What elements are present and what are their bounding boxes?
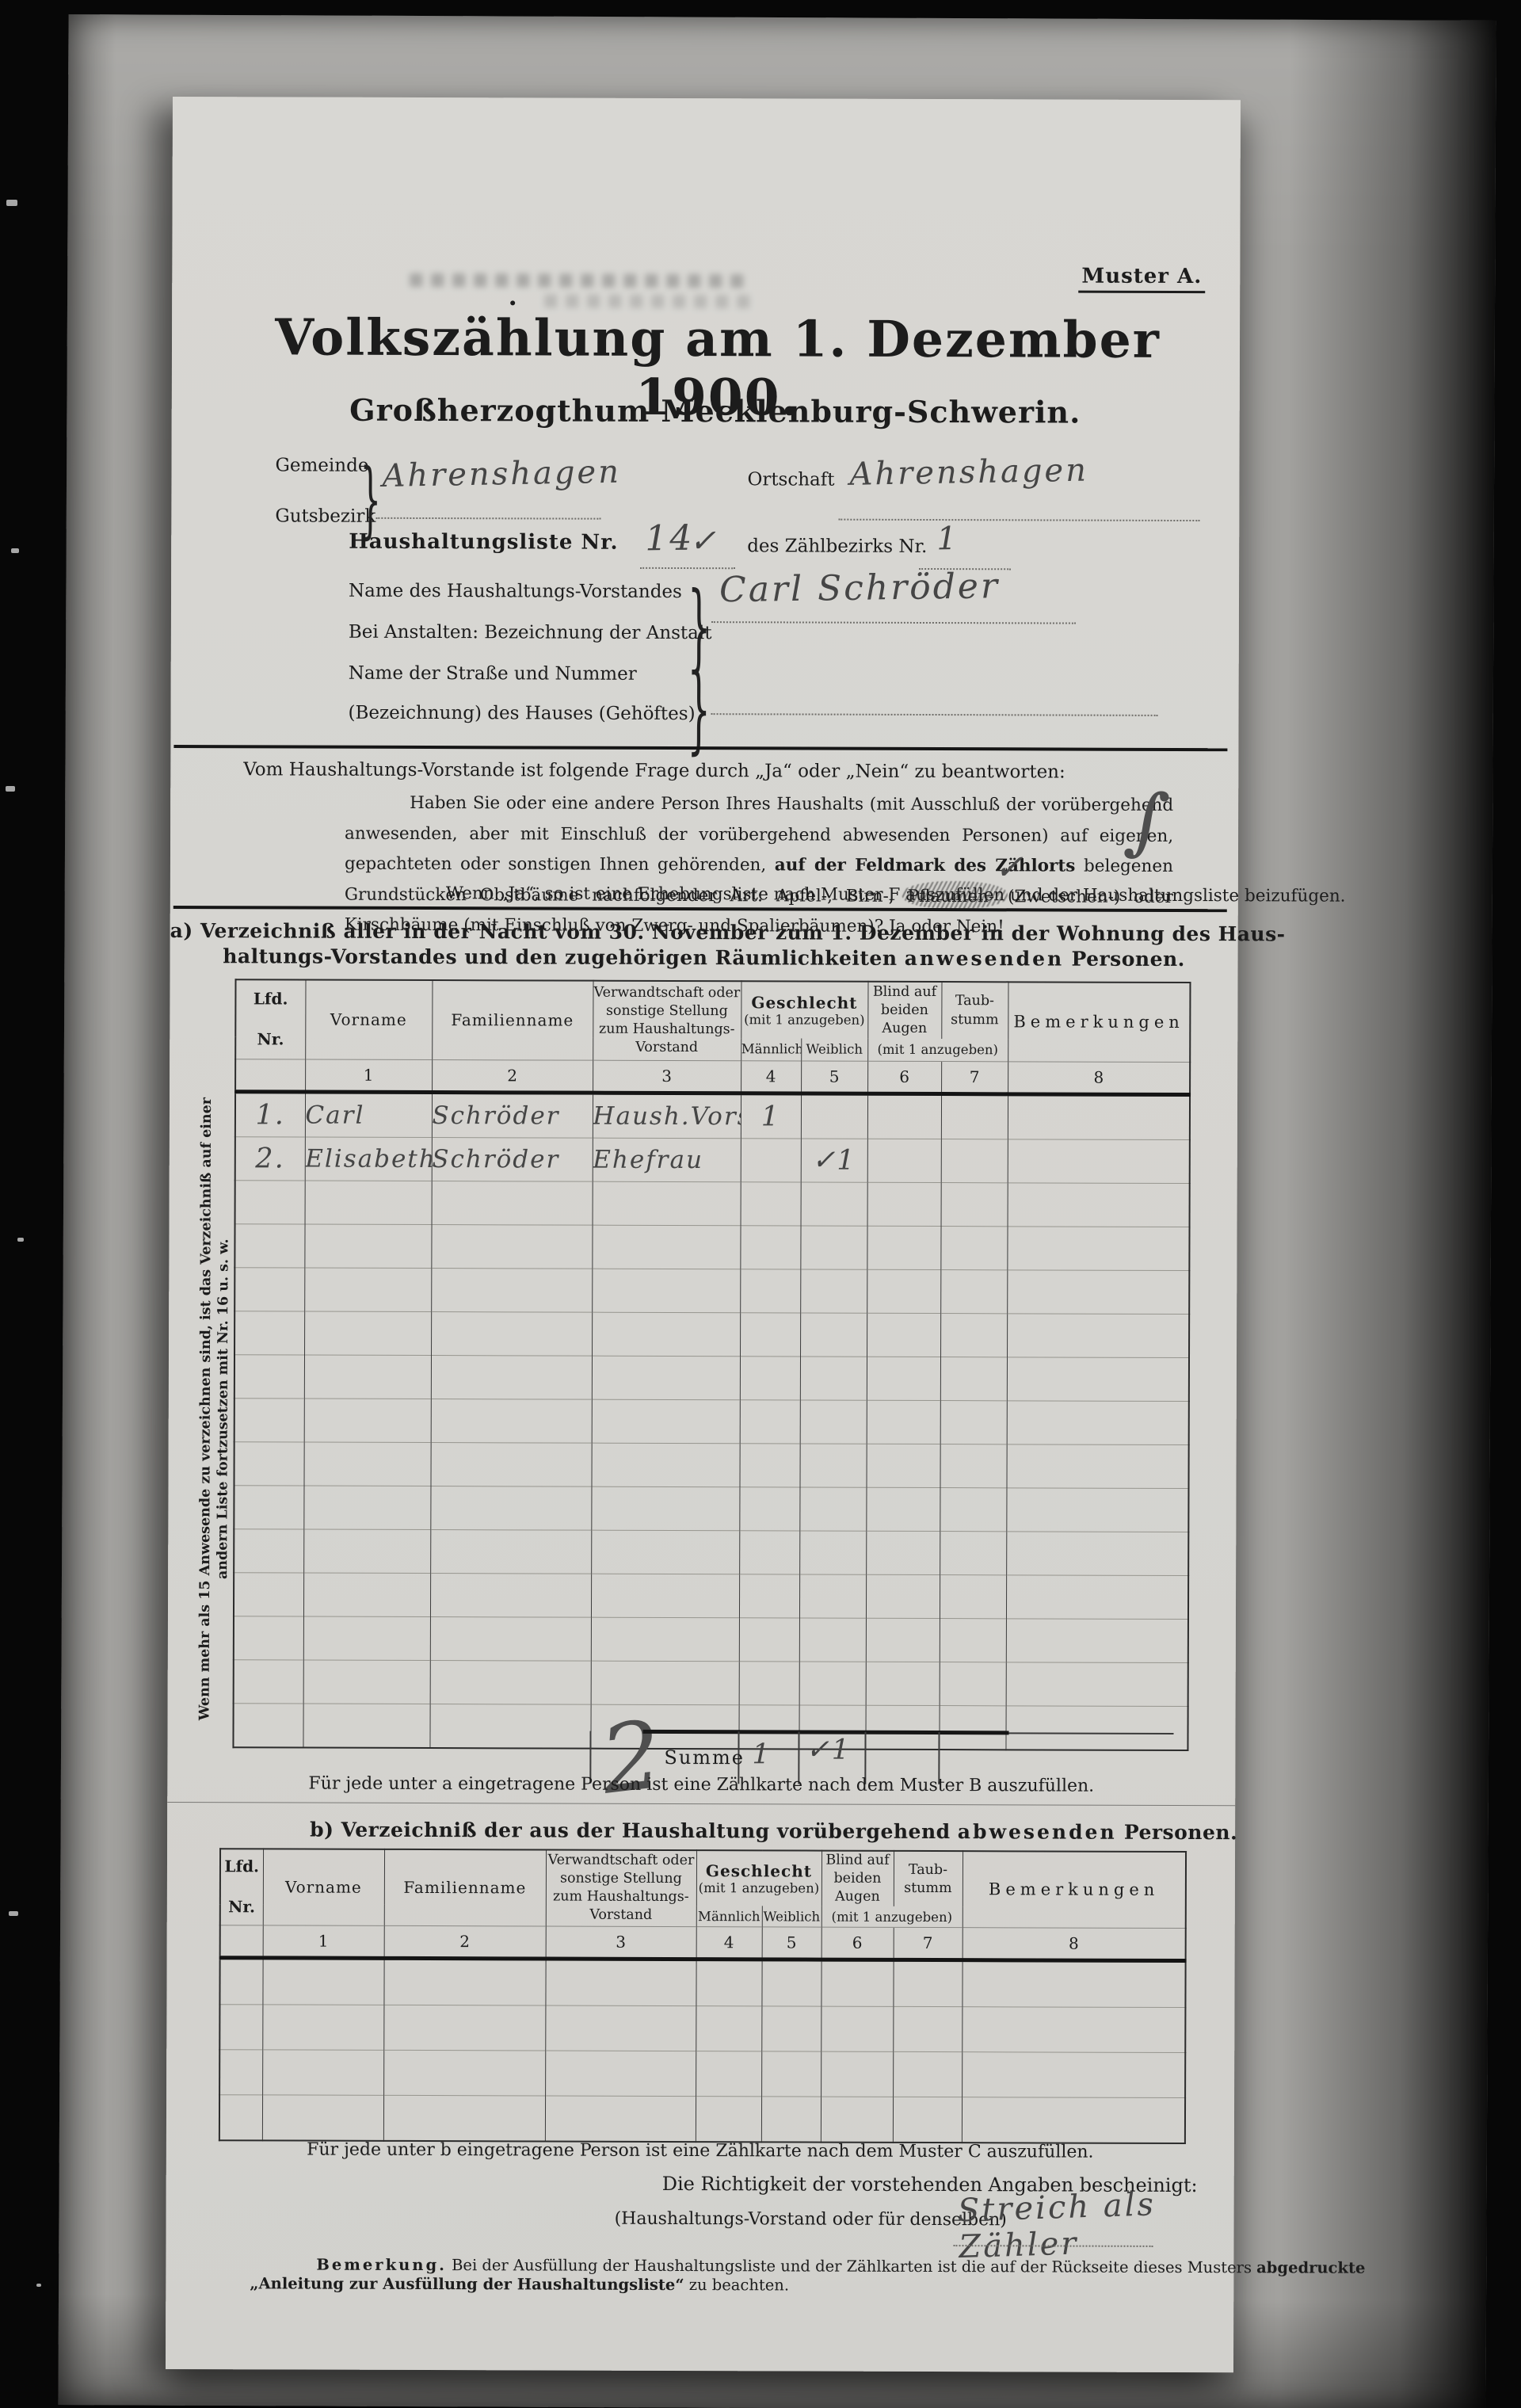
- cell-vorname: Elisabeth: [305, 1137, 432, 1181]
- cell-vorname: [303, 1704, 429, 1748]
- colnum: 4: [696, 1926, 762, 1959]
- fill-line: [711, 621, 1076, 624]
- column-number-row: 1 2 3 4 5 6 7 8: [235, 1059, 1190, 1094]
- cell-w: [800, 1225, 867, 1269]
- wenn-text: Wenn „Ja“, so ist eine Erhebungsliste na…: [446, 883, 905, 905]
- cell-m: [740, 1225, 800, 1269]
- handwritten-entry: Elisabeth: [305, 1144, 432, 1173]
- cell-stellung: [545, 2051, 696, 2097]
- handwritten-entry: Carl: [305, 1101, 364, 1129]
- remark-text: zu beachten.: [684, 2276, 790, 2294]
- cell-stellung: [591, 1486, 739, 1531]
- cell-m: [741, 1138, 801, 1181]
- cell-nr: [219, 2094, 262, 2140]
- cell-familienname: [431, 1311, 592, 1356]
- header-geschlecht: Geschlecht(mit 1 anzugeben): [741, 981, 867, 1039]
- note-muster-b: Für jede unter a eingetragene Person ist…: [167, 1773, 1235, 1796]
- cell-taub: [941, 1182, 1008, 1226]
- zaehlbezirk-label: des Zählbezirks Nr.: [747, 536, 927, 557]
- table-row: [219, 1957, 1185, 2007]
- cell-bemerkung: [1005, 1705, 1187, 1750]
- cell-vorname: [304, 1311, 431, 1356]
- cell-bemerkung: [1008, 1093, 1190, 1139]
- summe-maennlich-handwriting: 1: [752, 1738, 772, 1770]
- cell-stellung: [591, 1617, 739, 1662]
- cell-familienname: [430, 1486, 591, 1530]
- remark-bold: „Anleitung zur Ausfüllung der Haushaltun…: [250, 2274, 684, 2294]
- cell-nr: [234, 1528, 303, 1572]
- film-speck: [36, 2284, 41, 2287]
- table-a-header: Lfd.Nr. Vorname Familienname Verwandtsch…: [235, 979, 1190, 1094]
- cell-vorname: [303, 1573, 430, 1617]
- header-familienname: Familienname: [432, 980, 593, 1060]
- signature-label: (Haushaltungs-Vorstand oder für denselbe…: [615, 2209, 1007, 2231]
- cell-nr: [234, 1485, 303, 1528]
- cell-vorname: [304, 1224, 431, 1269]
- table-row: [219, 2004, 1185, 2052]
- cell-nr: [234, 1616, 303, 1659]
- cell-bemerkung: [1006, 1574, 1188, 1619]
- colnum: 8: [1008, 1061, 1190, 1094]
- table-row: [219, 2049, 1185, 2097]
- cell-bemerkung: [1006, 1662, 1188, 1706]
- cell-bemerkung: [1006, 1487, 1188, 1532]
- header-blind: Blind auf beiden Augen: [821, 1851, 894, 1907]
- cell-w: [799, 1530, 866, 1574]
- fill-line: [711, 713, 1158, 716]
- film-speck: [9, 1911, 18, 1916]
- cell-blind: [821, 2097, 893, 2143]
- scribbled-word: auszufüllen: [905, 885, 1004, 905]
- colnum: 3: [593, 1060, 741, 1093]
- colnum: 2: [384, 1925, 546, 1959]
- fill-line: [640, 567, 735, 569]
- table-row: [234, 1223, 1189, 1270]
- handwritten-entry: 1.: [255, 1099, 285, 1131]
- cell-nr: [234, 1659, 303, 1703]
- cell-nr: 2.: [235, 1136, 305, 1180]
- cell-blind: [867, 1269, 940, 1313]
- cell-w: [799, 1661, 866, 1704]
- remark-label: Bemerkung.: [316, 2256, 447, 2275]
- cell-familienname: [430, 1529, 591, 1574]
- cell-bemerkung: [1008, 1182, 1190, 1227]
- cell-bemerkung: [1007, 1400, 1189, 1444]
- cell-taub: [940, 1662, 1006, 1705]
- cell-taub: [893, 2097, 962, 2143]
- cell-vorname: [262, 1958, 383, 2005]
- cell-familienname: [383, 1958, 545, 2005]
- table-row: [234, 1572, 1188, 1619]
- cell-taub: [940, 1618, 1006, 1662]
- cell-vorname: [262, 2095, 383, 2141]
- header-maennlich: Männlich: [741, 1038, 801, 1060]
- cell-blind: [867, 1357, 940, 1400]
- cell-nr: [219, 2004, 262, 2049]
- film-speck: [6, 200, 17, 206]
- cell-w: [800, 1399, 867, 1443]
- ortschaft-label: Ortschaft: [747, 469, 834, 490]
- colnum: 8: [963, 1927, 1186, 1960]
- header-stellung: Verwandtschaft oder sonstige Stellung zu…: [593, 981, 741, 1061]
- cell-nr: [219, 1957, 262, 2004]
- table-row: 1.CarlSchröderHaush.Vorst.1: [235, 1091, 1190, 1139]
- cell-w: [799, 1617, 866, 1661]
- cell-w: [800, 1312, 867, 1356]
- cell-nr: [234, 1267, 304, 1311]
- colnum: 7: [941, 1061, 1008, 1093]
- cell-familienname: [383, 2005, 545, 2051]
- cell-stellung: [591, 1661, 739, 1705]
- colnum: 6: [821, 1927, 894, 1960]
- film-speck: [6, 786, 15, 792]
- zaehlbezirk-value-handwriting: 1: [936, 521, 959, 557]
- cell-nr: [234, 1572, 303, 1616]
- colnum: 6: [867, 1061, 941, 1093]
- cell-m: [739, 1661, 799, 1704]
- wenn-ja-note: Wenn „Ja“, so ist eine Erhebungsliste na…: [446, 883, 1346, 906]
- colnum: 7: [894, 1927, 963, 1960]
- cell-bemerkung: [1007, 1269, 1189, 1314]
- cell-stellung: [591, 1530, 739, 1574]
- cell-stellung: [592, 1269, 740, 1313]
- cell-vorname: [303, 1442, 430, 1486]
- cell-m: [739, 1574, 799, 1617]
- cell-w: [799, 1443, 866, 1486]
- cell-m: [739, 1530, 799, 1574]
- header-blind: Blind auf beiden Augen: [867, 982, 941, 1039]
- cell-w: [800, 1356, 867, 1399]
- header-taubstumm: Taub-stumm: [894, 1851, 963, 1907]
- heading-text: haltungs-Vorstandes und den zugehörigen …: [223, 945, 905, 970]
- header-blind-taub-sub: (mit 1 anzugeben): [867, 1039, 1008, 1062]
- handwritten-entry: ✓1: [812, 1144, 856, 1176]
- cell-taub: [941, 1093, 1008, 1139]
- cell-taub: [940, 1574, 1006, 1618]
- summe-weiblich-handwriting: ✓1: [806, 1734, 852, 1766]
- table-absent-persons: Lfd.Nr. Vorname Familienname Verwandtsch…: [219, 1848, 1187, 2144]
- cell-familienname: [383, 2095, 545, 2141]
- cell-m: [696, 2005, 761, 2051]
- cell-stellung: [593, 1181, 741, 1226]
- remark-line2: „Anleitung zur Ausfüllung der Haushaltun…: [250, 2274, 789, 2294]
- margin-note-line1: Wenn mehr als 15 Anwesende zu verzeichne…: [196, 1076, 215, 1742]
- cell-nr: [234, 1223, 304, 1267]
- handwritten-entry: Haush.Vorst.: [593, 1101, 741, 1131]
- cell-stellung: Ehefrau: [593, 1138, 741, 1182]
- cell-w: ✓1: [801, 1138, 867, 1181]
- header-lfd-nr: Lfd.Nr.: [235, 979, 305, 1059]
- cell-m: [740, 1312, 800, 1356]
- cell-taub: [940, 1313, 1007, 1357]
- cell-nr: [234, 1398, 304, 1441]
- margin-note-vertical: Wenn mehr als 15 Anwesende zu verzeichne…: [196, 1076, 233, 1742]
- table-row: [234, 1398, 1189, 1444]
- cell-blind: [867, 1400, 940, 1444]
- haushaltungsliste-value-handwriting: 14: [645, 518, 695, 559]
- cell-vorname: [303, 1529, 430, 1574]
- cell-vorname: [303, 1660, 430, 1704]
- heading-text: Personen.: [1117, 1821, 1238, 1844]
- heading-text: Personen.: [1064, 948, 1185, 971]
- cell-m: [696, 2051, 761, 2096]
- table-row: [234, 1659, 1188, 1706]
- cell-bemerkung: [962, 2006, 1185, 2052]
- cell-m: [739, 1617, 799, 1661]
- ink-bleed-through: [544, 294, 750, 308]
- cell-bemerkung: [1007, 1226, 1189, 1270]
- header-vorname: Vorname: [263, 1849, 384, 1925]
- cell-familienname: [383, 2050, 545, 2096]
- cell-taub: [893, 2051, 962, 2097]
- wenn-text: und der Haushaltungsliste beizufügen.: [1004, 885, 1345, 906]
- table-row: [234, 1267, 1189, 1314]
- haushaltungsliste-label: Haushaltungsliste Nr.: [349, 530, 618, 555]
- cell-nr: 1.: [235, 1091, 305, 1136]
- cell-m: 1: [741, 1093, 801, 1138]
- cell-bemerkung: [1007, 1444, 1189, 1488]
- table-row: [234, 1616, 1188, 1662]
- cell-blind: [866, 1487, 940, 1531]
- cell-bemerkung: [1006, 1618, 1188, 1662]
- cell-bemerkung: [1007, 1357, 1189, 1401]
- cell-blind: [821, 2006, 893, 2051]
- cell-familienname: [431, 1224, 592, 1269]
- table-row: [235, 1180, 1190, 1227]
- table-b-header: Lfd.Nr. Vorname Familienname Verwandtsch…: [220, 1849, 1186, 1960]
- section-a-heading-line1: a) Verzeichniß aller in der Nacht vom 30…: [170, 919, 1238, 945]
- cell-w: [800, 1269, 867, 1312]
- table-row: [234, 1485, 1188, 1532]
- cell-stellung: [545, 1959, 696, 2006]
- ink-bleed-through: [410, 273, 750, 288]
- column-number-row: 1 2 3 4 5 6 7 8: [220, 1925, 1186, 1960]
- remark-bold: abgedruckte: [1256, 2258, 1365, 2276]
- cell-blind: [866, 1618, 940, 1662]
- cell-w: [761, 2051, 821, 2097]
- cell-taub: [940, 1531, 1006, 1574]
- summe-label: Summe: [664, 1746, 745, 1769]
- cell-stellung: [545, 2096, 696, 2142]
- cell-stellung: [545, 2005, 696, 2051]
- cell-w: [801, 1181, 867, 1225]
- cell-taub: [940, 1400, 1007, 1444]
- signature-handwriting: Streich als Zähler: [957, 2184, 1235, 2265]
- colnum: 2: [432, 1059, 593, 1093]
- cell-nr: [234, 1354, 304, 1398]
- cell-w: [799, 1486, 866, 1530]
- cell-blind: [866, 1662, 940, 1705]
- cell-stellung: [591, 1443, 739, 1487]
- cell-nr: [234, 1441, 303, 1485]
- cell-taub: [939, 1705, 1005, 1750]
- cell-w: [799, 1574, 866, 1617]
- table-row: [233, 1703, 1187, 1750]
- section-a-heading-line2: haltungs-Vorstandes und den zugehörigen …: [170, 945, 1238, 971]
- cell-vorname: [304, 1268, 431, 1312]
- cell-vorname: [304, 1399, 431, 1443]
- cell-vorname: [305, 1181, 432, 1225]
- gemeinde-label: Gemeinde: [275, 455, 368, 475]
- remark-line1: Bemerkung. Bei der Ausfüllung der Hausha…: [316, 2256, 1365, 2277]
- census-form-paper: Muster A. Volkszählung am 1. Dezember 19…: [166, 97, 1241, 2372]
- header-vorname: Vorname: [305, 980, 432, 1060]
- cell-m: [740, 1399, 800, 1443]
- cell-familienname: [431, 1268, 592, 1312]
- table-row: [234, 1441, 1188, 1488]
- cell-taub: [940, 1487, 1006, 1531]
- cell-m: [696, 2096, 761, 2142]
- divider-thin: [167, 1802, 1235, 1806]
- cell-bemerkung: [1006, 1531, 1188, 1575]
- table-present-persons: Lfd.Nr. Vorname Familienname Verwandtsch…: [232, 979, 1191, 1750]
- colnum-blank: [235, 1059, 305, 1091]
- cell-taub: [940, 1226, 1007, 1269]
- cell-blind: [867, 1313, 940, 1357]
- colnum: 1: [263, 1925, 384, 1958]
- colnum: 3: [546, 1926, 696, 1960]
- cell-familienname: [430, 1442, 591, 1486]
- cell-blind: [867, 1093, 941, 1139]
- colnum: 5: [762, 1927, 821, 1960]
- handwritten-entry: 1: [761, 1101, 780, 1132]
- header-taubstumm: Taub-stumm: [941, 982, 1008, 1039]
- header-lfd-nr: Lfd.Nr.: [220, 1849, 263, 1925]
- table-a-body: 1.CarlSchröderHaush.Vorst.12.ElisabethSc…: [233, 1091, 1190, 1750]
- table-row: [234, 1528, 1188, 1575]
- check-mark: ✓: [689, 523, 719, 559]
- header-blind-taub-sub: (mit 1 anzugeben): [821, 1906, 963, 1928]
- cell-familienname: [431, 1399, 592, 1443]
- table-row: [234, 1311, 1189, 1357]
- ink-dot: [510, 300, 515, 305]
- cell-blind: [865, 1705, 939, 1750]
- cell-stellung: [592, 1356, 740, 1400]
- cell-familienname: Schröder: [432, 1137, 593, 1181]
- cell-m: [741, 1181, 801, 1225]
- section-b-heading: b) Verzeichniß der aus der Haushaltung v…: [310, 1818, 1237, 1845]
- cell-blind: [867, 1444, 940, 1487]
- header-stellung: Verwandtschaft oder sonstige Stellung zu…: [546, 1849, 696, 1926]
- cell-w: [801, 1093, 867, 1138]
- cell-nr: [233, 1703, 303, 1747]
- muster-stamp: Muster A.: [1078, 265, 1205, 294]
- question-text-bold: auf der Feldmark des Zählorts: [775, 855, 1076, 876]
- colnum-blank: [220, 1925, 263, 1957]
- cell-taub: [940, 1444, 1007, 1487]
- cell-taub: [893, 1960, 962, 2006]
- cell-familienname: [430, 1573, 591, 1617]
- gemeinde-value-handwriting: Ahrenshagen: [382, 454, 621, 494]
- handwritten-entry: Schröder: [432, 1145, 559, 1174]
- cell-nr: [235, 1180, 305, 1223]
- remark-text: Bei der Ausfüllung der Haushaltungsliste…: [447, 2256, 1256, 2276]
- cell-w: [761, 1960, 821, 2006]
- cell-familienname: [429, 1704, 590, 1748]
- header-weiblich: Weiblich: [762, 1906, 821, 1927]
- cell-familienname: [430, 1660, 591, 1704]
- note-muster-c: Für jede unter b eingetragene Person ist…: [166, 2139, 1234, 2162]
- cell-blind: [866, 1531, 940, 1574]
- heading-emphasis: abwesenden: [958, 1820, 1117, 1844]
- handwritten-entry: Ehefrau: [593, 1145, 703, 1173]
- cell-stellung: [591, 1574, 739, 1618]
- vorstand-label: Name des Haushaltungs-Vorstandes: [349, 581, 682, 602]
- cell-blind: [821, 1960, 893, 2006]
- handwritten-entry: Schröder: [432, 1101, 559, 1131]
- cell-familienname: Schröder: [432, 1092, 593, 1138]
- scanned-census-page: { "doc": { "stamp": "Muster A.", "title"…: [0, 0, 1521, 2408]
- cell-m: [740, 1356, 800, 1399]
- cell-bemerkung: [1008, 1139, 1190, 1183]
- cell-blind: [866, 1574, 940, 1618]
- cell-taub: [940, 1269, 1007, 1313]
- cell-blind: [821, 2051, 893, 2097]
- cell-familienname: [430, 1616, 591, 1661]
- cell-nr: [234, 1311, 304, 1354]
- handwritten-entry: 2.: [255, 1143, 285, 1174]
- colnum: 5: [801, 1060, 867, 1093]
- heading-text: b) Verzeichniß der aus der Haushaltung v…: [310, 1818, 958, 1844]
- cell-vorname: [303, 1616, 430, 1661]
- cell-stellung: [592, 1399, 740, 1444]
- page-subtitle: Großherzogthum Mecklenburg-Schwerin.: [172, 391, 1240, 430]
- heading-emphasis: anwesenden: [905, 947, 1065, 971]
- margin-note-line2: andern Liste fortzusetzen mit Nr. 16 u. …: [213, 1076, 233, 1742]
- cell-nr: [219, 2049, 262, 2094]
- cell-w: [761, 2006, 821, 2051]
- cell-vorname: [262, 2050, 383, 2095]
- answer-check-handwriting: ✓: [994, 847, 1026, 887]
- table-row: [234, 1354, 1189, 1401]
- cell-bemerkung: [1007, 1313, 1189, 1357]
- cell-stellung: [592, 1225, 740, 1269]
- cell-m: [739, 1443, 799, 1486]
- cell-blind: [867, 1182, 941, 1226]
- question-intro: Vom Haushaltungs-Vorstande ist folgende …: [243, 759, 1065, 782]
- cell-vorname: Carl: [305, 1092, 432, 1138]
- cell-bemerkung: [962, 1960, 1185, 2007]
- colnum: 1: [305, 1059, 432, 1093]
- header-bemerkungen: Bemerkungen: [1008, 982, 1190, 1062]
- film-speck: [17, 1238, 24, 1242]
- table-row: 2.ElisabethSchröderEhefrau✓1: [235, 1136, 1190, 1183]
- cell-blind: [867, 1226, 940, 1269]
- header-maennlich: Männlich: [696, 1906, 762, 1926]
- film-speck: [11, 548, 19, 553]
- vorstand-value-handwriting: Carl Schröder: [719, 566, 1001, 610]
- table-b-body: [219, 1957, 1186, 2143]
- strasse-label: Name der Straße und Nummer: [349, 663, 637, 685]
- cell-bemerkung: [962, 2051, 1185, 2097]
- haus-label: (Bezeichnung) des Hauses (Gehöftes): [349, 703, 696, 724]
- header-weiblich: Weiblich: [801, 1038, 867, 1060]
- cell-taub: [940, 1357, 1007, 1400]
- ortschaft-value-handwriting: Ahrenshagen: [849, 452, 1088, 492]
- cell-w: [761, 2097, 821, 2143]
- header-geschlecht: Geschlecht(mit 1 anzugeben): [696, 1850, 821, 1906]
- cell-blind: [867, 1139, 941, 1182]
- fill-line: [838, 519, 1199, 521]
- anstalt-label: Bei Anstalten: Bezeichnung der Anstalt: [349, 622, 712, 643]
- cell-stellung: Haush.Vorst.: [593, 1093, 741, 1139]
- cell-stellung: [592, 1312, 740, 1357]
- cell-bemerkung: [962, 2097, 1185, 2143]
- cell-vorname: [303, 1486, 430, 1530]
- cell-vorname: [304, 1355, 431, 1399]
- cell-taub: [893, 2006, 962, 2051]
- header-familienname: Familienname: [384, 1849, 546, 1926]
